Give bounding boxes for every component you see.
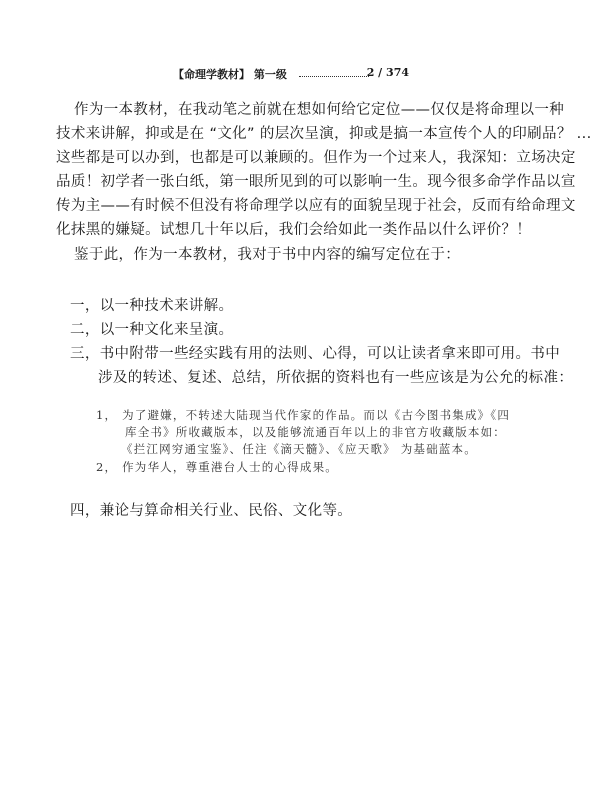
sub-list-item: 2， 作为华人，尊重港台人士的心得成果。 (96, 459, 338, 475)
sub-list-item: 1， 为了避嫌，不转述大陆现当代作家的作品。而以《古今图书集成》《四 (96, 407, 510, 423)
text-line: 传为主——有时候不但没有将命理学以应有的面貌呈现于社会，反而有给命理文 (56, 194, 576, 215)
header-leader-dots (299, 76, 369, 77)
text-line: 作为一本教材，在我动笔之前就在想如何给它定位——仅仅是将命理以一种 (74, 98, 564, 119)
text-line: 品质！初学者一张白纸，第一眼所见到的可以影响一生。现今很多命学作品以宣 (56, 170, 576, 191)
list-item-continuation: 涉及的转述、复述、总结，所依据的资料也有一些应该是为公允的标准： (98, 366, 573, 387)
text-line: 化抹黑的嫌疑。试想几十年以后，我们会给如此一类作品以什么评价？！ (56, 218, 531, 239)
text-line: 这些都是可以办到，也都是可以兼顾的。但作为一个过来人，我深知：立场决定 (56, 146, 576, 167)
list-item: 一，以一种技术来讲解。 (70, 294, 233, 315)
text-line: 技术来讲解，抑或是在 “文化” 的层次呈演，抑或是搞一本宣传个人的印刷品？ ..… (56, 122, 590, 143)
page-indicator: 2 / 374 (367, 66, 409, 79)
header-title: 【命理学教材】 第一级 (173, 66, 287, 82)
list-item: 三，书中附带一些经实践有用的法则、心得，可以让读者拿来即可用。书中 (70, 342, 560, 363)
list-item: 二，以一种文化来呈演。 (70, 318, 233, 339)
running-header: 【命理学教材】 第一级 2 / 374 (173, 64, 409, 82)
sub-list-item-continuation: 库全书》所收藏版本，以及能够流通百年以上的非官方收藏版本如： (125, 424, 506, 440)
final-point: 四，兼论与算命相关行业、民俗、文化等。 (70, 499, 352, 520)
lead-in-line: 鉴于此，作为一本教材，我对于书中内容的编写定位在于： (74, 243, 460, 264)
sub-list-item-continuation: 《拦江网穷通宝鉴》、任注《滴天髓》、《应天歌》 为基础蓝本。 (121, 441, 477, 457)
